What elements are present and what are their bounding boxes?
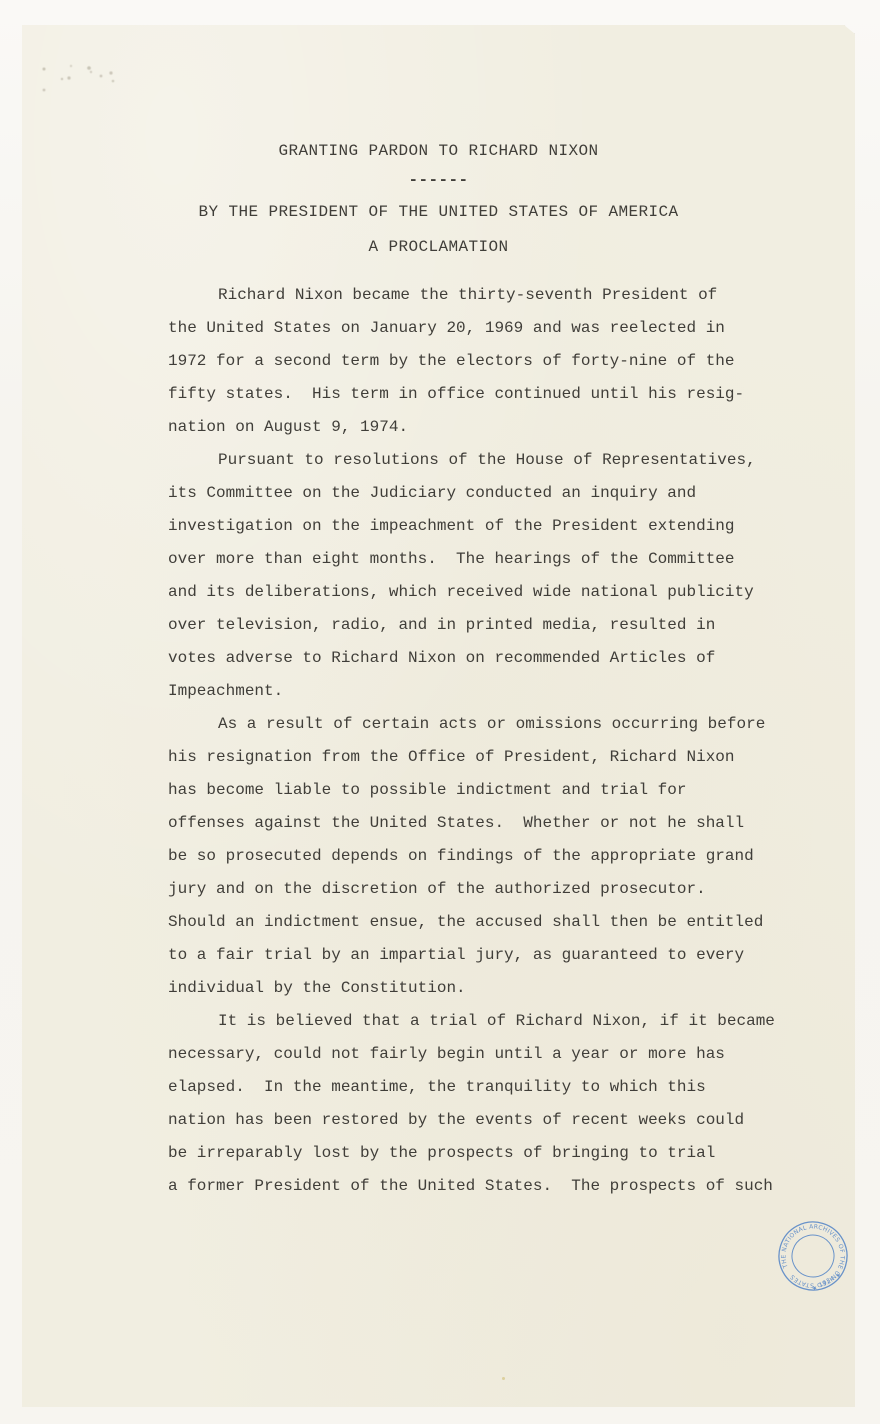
text-line: votes adverse to Richard Nixon on recomm… bbox=[168, 642, 828, 675]
text-line: individual by the Constitution. bbox=[168, 972, 828, 1005]
text-line: Richard Nixon became the thirty-seventh … bbox=[168, 279, 828, 312]
text-line: As a result of certain acts or omissions… bbox=[168, 708, 828, 741]
text-line: be irreparably lost by the prospects of … bbox=[168, 1137, 828, 1170]
text-line: Should an indictment ensue, the accused … bbox=[168, 906, 828, 939]
document-page: GRANTING PARDON TO RICHARD NIXON ------ … bbox=[22, 25, 855, 1407]
document-title: GRANTING PARDON TO RICHARD NIXON bbox=[22, 141, 855, 161]
text-line: necessary, could not fairly begin until … bbox=[168, 1038, 828, 1071]
text-line: and its deliberations, which received wi… bbox=[168, 576, 828, 609]
document-body: Richard Nixon became the thirty-seventh … bbox=[168, 279, 828, 1203]
text-line: It is believed that a trial of Richard N… bbox=[168, 1005, 828, 1038]
text-line: offenses against the United States. Whet… bbox=[168, 807, 828, 840]
text-line: jury and on the discretion of the author… bbox=[168, 873, 828, 906]
text-line: over more than eight months. The hearing… bbox=[168, 543, 828, 576]
text-line: to a fair trial by an impartial jury, as… bbox=[168, 939, 828, 972]
text-line: nation on August 9, 1974. bbox=[168, 411, 828, 444]
national-archives-stamp: THE NATIONAL ARCHIVES OF THE UNITED STAT… bbox=[752, 1195, 874, 1317]
text-line: has become liable to possible indictment… bbox=[168, 774, 828, 807]
text-line: elapsed. In the meantime, the tranquilit… bbox=[168, 1071, 828, 1104]
document-type-line: A PROCLAMATION bbox=[22, 237, 855, 257]
text-line: Impeachment. bbox=[168, 675, 828, 708]
text-line: over television, radio, and in printed m… bbox=[168, 609, 828, 642]
text-line: his resignation from the Office of Presi… bbox=[168, 741, 828, 774]
text-line: investigation on the impeachment of the … bbox=[168, 510, 828, 543]
text-line: its Committee on the Judiciary conducted… bbox=[168, 477, 828, 510]
text-line: Pursuant to resolutions of the House of … bbox=[168, 444, 828, 477]
paper-blemish bbox=[502, 1377, 505, 1380]
text-line: fifty states. His term in office continu… bbox=[168, 378, 828, 411]
scan-background: GRANTING PARDON TO RICHARD NIXON ------ … bbox=[0, 0, 880, 1424]
text-line: 1972 for a second term by the electors o… bbox=[168, 345, 828, 378]
text-line: be so prosecuted depends on findings of … bbox=[168, 840, 828, 873]
document-issuer-line: BY THE PRESIDENT OF THE UNITED STATES OF… bbox=[22, 202, 855, 222]
pencil-marks bbox=[22, 25, 24, 27]
title-separator: ------ bbox=[22, 170, 855, 190]
text-line: a former President of the United States.… bbox=[168, 1170, 828, 1203]
text-line: the United States on January 20, 1969 an… bbox=[168, 312, 828, 345]
text-line: nation has been restored by the events o… bbox=[168, 1104, 828, 1137]
